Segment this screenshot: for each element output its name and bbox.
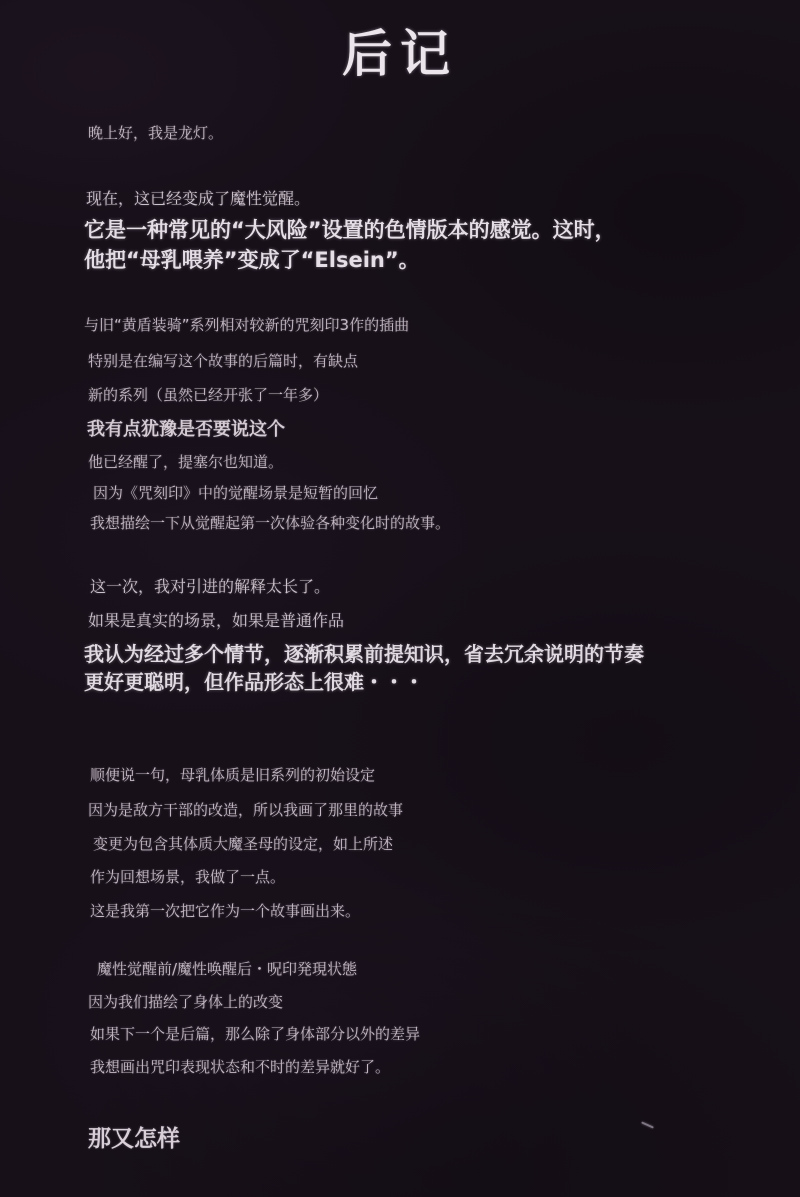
afterword-line: 与旧“黄盾装骑”系列相对较新的咒刻印3作的插曲 [84, 314, 409, 335]
afterword-line: 因为是敌方干部的改造，所以我画了那里的故事 [88, 799, 403, 820]
afterword-line: 变更为包含其体质大魔圣母的设定，如上所述 [93, 833, 393, 854]
afterword-line: 我想描绘一下从觉醒起第一次体验各种变化时的故事。 [90, 512, 450, 533]
afterword-line-emphasis: 我认为经过多个情节，逐渐积累前提知识，省去冗余说明的节奏 更好更聪明，但作品形态… [84, 640, 644, 696]
afterword-line: 现在，这已经变成了魔性觉醒。 [86, 186, 310, 209]
afterword-closing-line: 那又怎样 [88, 1120, 180, 1153]
page-title: 后记 [0, 14, 800, 86]
afterword-line: 这是我第一次把它作为一个故事画出来。 [90, 900, 360, 921]
afterword-line: 如果下一个是后篇，那么除了身体部分以外的差异 [90, 1023, 420, 1044]
afterword-page: 后记 晚上好，我是龙灯。 现在，这已经变成了魔性觉醒。 它是一种常见的“大风险”… [0, 0, 800, 1197]
page-title-text: 后记 [342, 25, 458, 83]
afterword-line: 作为回想场景，我做了一点。 [90, 866, 285, 887]
afterword-line-state-label: 魔性觉醒前/魔性唤醒后・呪印発現状態 [97, 958, 357, 979]
afterword-line: 如果是真实的场景，如果是普通作品 [88, 608, 344, 631]
afterword-line: 他已经醒了，提塞尔也知道。 [88, 451, 283, 472]
scan-speck-artifact [641, 1121, 654, 1128]
afterword-line: 这一次，我对引进的解释太长了。 [90, 574, 330, 597]
afterword-line: 因为我们描绘了身体上的改变 [88, 991, 283, 1012]
afterword-line: 新的系列（虽然已经开张了一年多） [88, 384, 328, 405]
afterword-line-emphasis: 它是一种常见的“大风险”设置的色情版本的感觉。这时， 他把“母乳喂养”变成了“E… [84, 215, 616, 275]
afterword-line: 因为《咒刻印》中的觉醒场景是短暂的回忆 [93, 482, 378, 503]
afterword-line: 特别是在编写这个故事的后篇时，有缺点 [88, 350, 358, 371]
afterword-line: 顺便说一句，母乳体质是旧系列的初始设定 [90, 764, 375, 785]
afterword-line-greeting: 晚上好，我是龙灯。 [88, 122, 223, 143]
afterword-line: 我想画出咒印表现状态和不时的差异就好了。 [90, 1056, 390, 1077]
afterword-line: 我有点犹豫是否要说这个 [87, 415, 285, 441]
